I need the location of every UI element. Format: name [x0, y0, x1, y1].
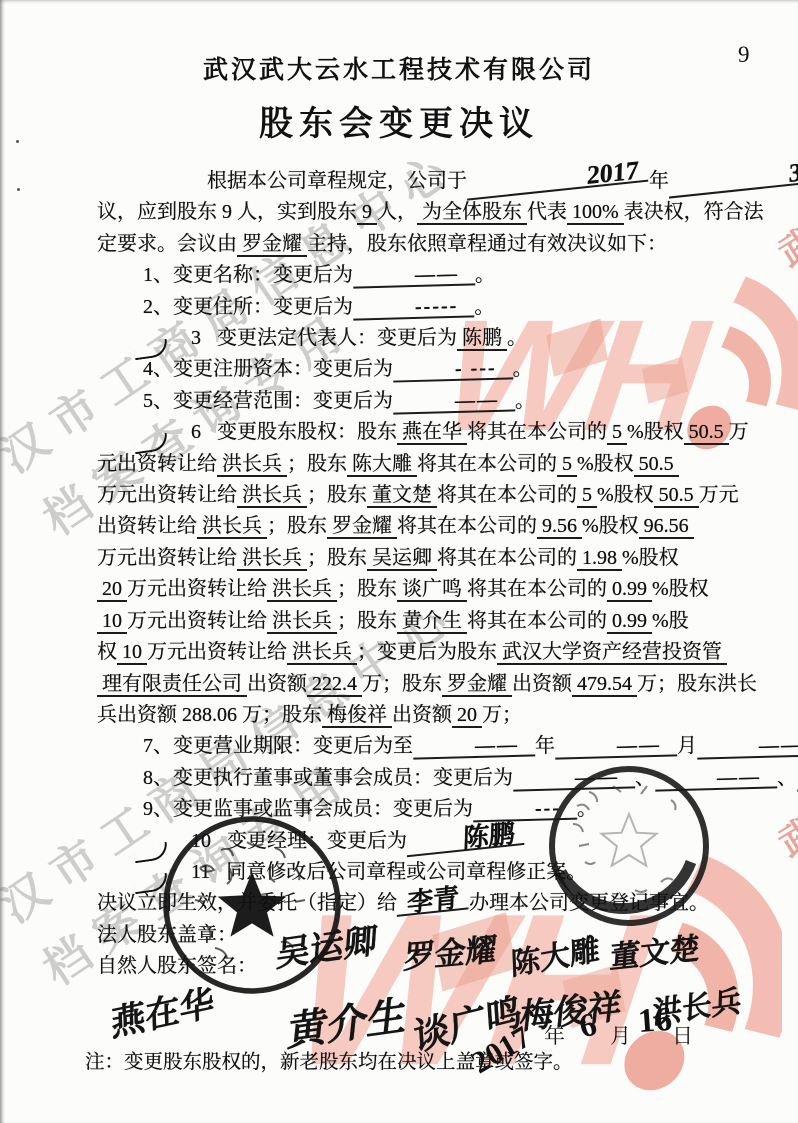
- underlined-segment: 5: [577, 484, 597, 508]
- underlined-segment: 谈广鸣: [397, 578, 467, 602]
- text-segment: 出资转让给: [97, 515, 197, 537]
- text-segment: 万元出资转让给: [127, 610, 267, 632]
- underlined-segment: 罗金耀: [442, 673, 512, 697]
- scanned-document-page: 汉市工商局信息中心 档案查询专用 汉市工商局信息中心 档案查询专用 WH 武 武: [0, 0, 798, 1123]
- text-segment: %股权: [577, 453, 634, 475]
- text-segment: 权: [97, 641, 117, 663]
- text-segment: 万元: [699, 484, 739, 506]
- text-segment: 万元出资转让给: [97, 484, 237, 506]
- handwritten-fill-segment: 陈鹏: [407, 822, 525, 857]
- handwritten-fill-segment: 李青: [397, 887, 469, 917]
- underlined-segment: 洪长兵: [197, 515, 267, 539]
- body-line: 根据本公司章程规定，公司于2017年3月21日召开第一次股东会: [97, 166, 725, 197]
- handwritten-month: 6: [576, 1007, 600, 1047]
- blank-dash-segment: - ---: [393, 358, 513, 383]
- underlined-segment: 理有限责任公司: [97, 673, 247, 697]
- underlined-segment: 5: [607, 421, 627, 445]
- underlined-segment: 洪长兵: [287, 641, 357, 665]
- text-segment: 。: [475, 264, 495, 286]
- text-segment: 万；股东: [362, 673, 442, 695]
- text-segment: 表决权，符合法: [624, 201, 764, 223]
- text-segment: ；股东: [287, 453, 347, 475]
- underlined-segment: 5: [557, 453, 577, 477]
- text-segment: %股权: [652, 578, 709, 600]
- underlined-segment: 燕在华: [397, 421, 467, 445]
- text-segment: ；变更后为股东: [357, 641, 497, 663]
- text-segment: 2、变更住所：变更后为: [143, 296, 353, 318]
- star-icon: [602, 814, 657, 866]
- body-line: 理有限责任公司出资额222.4万；股东罗金耀出资额479.54万；股东洪长: [97, 669, 725, 700]
- underlined-segment: 武汉大学资产经营投资管: [497, 641, 727, 665]
- body-line: 元出资转让给洪长兵；股东陈大雕将其在本公司的5%股权50.5: [97, 449, 725, 480]
- body-line: 7、变更营业期限：变更后为至——年——月——日。: [97, 731, 725, 762]
- body-line: 3变更法定代表人：变更后为陈鹏。: [97, 323, 725, 354]
- text-segment: 变更法定代表人：变更后为: [217, 327, 457, 349]
- handwritten-year: 2017: [465, 1019, 537, 1081]
- text-segment: %股权: [622, 547, 679, 569]
- text-segment: 代表: [527, 201, 567, 223]
- text-segment: ；股东: [337, 610, 397, 632]
- underlined-segment: 陈鹏: [457, 327, 507, 351]
- company-seal-right: [543, 762, 715, 934]
- body-line: 1、变更名称：变更后为——。: [97, 260, 725, 291]
- seal-ring: [552, 769, 706, 923]
- underlined-segment: 0.99: [607, 578, 652, 602]
- text-segment: 1、变更名称：变更后为: [143, 264, 353, 286]
- underlined-segment: 20: [452, 704, 482, 728]
- text-segment: 出资额: [247, 673, 307, 695]
- body-line: 4、变更注册资本：变更后为- ---。: [97, 354, 725, 385]
- text-segment: 将其在本公司的: [417, 453, 557, 475]
- checked-item-number: 6: [143, 417, 201, 448]
- text-segment: 万元出资转让给: [97, 547, 237, 569]
- body-line: 定要求。会议由罗金耀主持，股东依照章程通过有效决议如下：: [97, 229, 725, 260]
- seal-text-marks: [573, 786, 676, 892]
- underlined-segment: 洪长兵: [237, 484, 307, 508]
- body-line: 5、变更经营范围：变更后为——。: [97, 386, 725, 417]
- year-label: 年: [544, 1020, 565, 1050]
- body-line: 出资转让给洪长兵；股东罗金耀将其在本公司的9.56%股权96.56: [97, 511, 725, 542]
- text-segment: 定要求。会议由: [97, 233, 237, 255]
- company-seal-left: [155, 808, 350, 1003]
- text-segment: 年: [535, 735, 555, 757]
- body-line: 10万元出资转让给洪长兵；股东黄介生将其在本公司的0.99%股: [97, 606, 725, 637]
- underlined-segment: 0.99: [607, 610, 652, 634]
- underlined-segment: 50.5: [634, 453, 679, 477]
- text-segment: 月: [677, 735, 697, 757]
- underlined-segment: 洪长兵: [267, 610, 337, 634]
- scan-speck: [17, 188, 20, 191]
- underlined-segment: 10: [117, 641, 147, 665]
- underlined-segment: 罗金耀: [327, 515, 397, 539]
- blank-dash-segment: ——: [413, 735, 536, 760]
- handwritten-day: 16: [637, 1001, 674, 1041]
- date-block: 2017 年 6 月 16 日: [470, 1002, 730, 1112]
- text-segment: 年: [649, 170, 669, 192]
- underlined-segment: 96.56: [639, 515, 694, 539]
- underlined-segment: 479.54: [572, 673, 637, 697]
- text-segment: 元出资转让给: [97, 453, 217, 475]
- text-segment: 主持，股东依照章程通过有效决议如下：: [307, 233, 667, 255]
- text-segment: 4、变更注册资本：变更后为: [143, 358, 393, 380]
- text-segment: 5、变更经营范围：变更后为: [143, 390, 393, 412]
- underlined-segment: 黄介生: [397, 610, 467, 634]
- underlined-segment: 50.5: [654, 484, 699, 508]
- text-segment: 人，: [377, 201, 417, 223]
- underlined-segment: 222.4: [307, 673, 362, 697]
- text-segment: 将其在本公司的: [467, 610, 607, 632]
- underlined-segment: 9: [357, 201, 377, 225]
- text-segment: 。: [513, 358, 533, 380]
- blank-dash-segment: -----: [353, 295, 475, 320]
- body-line: 议，应到股东 9 人，实到股东9人，为全体股东代表100%表决权，符合法: [97, 197, 725, 228]
- text-segment: 、: [777, 767, 797, 789]
- underlined-segment: 10: [97, 610, 127, 634]
- text-segment: 将其在本公司的: [467, 421, 607, 443]
- underlined-segment: 1.98: [577, 547, 622, 571]
- text-segment: 出资额: [392, 704, 452, 726]
- day-label: 日: [672, 1020, 693, 1050]
- text-segment: %股权: [582, 515, 639, 537]
- body-line: 2、变更住所：变更后为-----。: [97, 292, 725, 323]
- body-line: 权10万元出资转让给洪长兵；变更后为股东武汉大学资产经营投资管: [97, 637, 725, 668]
- underlined-segment: 9.56: [537, 515, 582, 539]
- text-segment: 将其在本公司的: [467, 578, 607, 600]
- text-segment: 兵出资额 288.06 万；股东: [97, 704, 322, 726]
- blank-dash-segment: ——: [697, 735, 798, 760]
- text-segment: 万元出资转让给: [127, 578, 267, 600]
- underlined-segment: 陈大雕: [347, 453, 417, 477]
- text-segment: 将其在本公司的: [437, 547, 577, 569]
- text-segment: 议，应到股东 9 人，实到股东: [97, 201, 357, 223]
- underlined-segment: 洪长兵: [237, 547, 307, 571]
- text-segment: 变更股东股权：股东: [217, 421, 397, 443]
- underlined-segment: 为全体股东: [417, 201, 527, 225]
- underlined-segment: 洪长兵: [267, 578, 337, 602]
- body-line: 万元出资转让给洪长兵；股东董文楚将其在本公司的5%股权50.5万元: [97, 480, 725, 511]
- text-segment: 万: [729, 421, 749, 443]
- text-segment: %股权: [627, 421, 684, 443]
- text-segment: %股权: [597, 484, 654, 506]
- underlined-segment: 100%: [567, 201, 624, 225]
- underlined-segment: 50.5: [684, 421, 729, 445]
- text-segment: ；股东: [307, 547, 367, 569]
- star-icon: [218, 872, 287, 937]
- blank-dash-segment: ——: [353, 264, 476, 289]
- underlined-segment: 梅俊祥: [322, 704, 392, 728]
- text-segment: ；股东: [267, 515, 327, 537]
- blank-dash-segment: ——: [555, 735, 678, 760]
- month-label: 月: [610, 1020, 631, 1050]
- text-segment: ；股东: [337, 578, 397, 600]
- text-segment: 万；: [482, 704, 522, 726]
- text-segment: 将其在本公司的: [397, 515, 537, 537]
- text-segment: 将其在本公司的: [437, 484, 577, 506]
- text-segment: 。: [515, 390, 535, 412]
- body-line: 万元出资转让给洪长兵；股东吴运卿将其在本公司的1.98%股权: [97, 543, 725, 574]
- text-segment: 。: [474, 296, 494, 318]
- body-line: 6变更股东股权：股东燕在华将其在本公司的5%股权50.5万: [97, 417, 725, 448]
- text-segment: 根据本公司章程规定，公司于: [207, 170, 467, 192]
- underlined-segment: 董文楚: [367, 484, 437, 508]
- underlined-segment: 20: [97, 578, 127, 602]
- body-line: 20万元出资转让给洪长兵；股东谈广鸣将其在本公司的0.99%股权: [97, 574, 725, 605]
- underlined-segment: 洪长兵: [217, 453, 287, 477]
- text-segment: 万；股东洪长: [637, 673, 757, 695]
- underlined-segment: 吴运卿: [367, 547, 437, 571]
- blank-dash-segment: ——: [393, 389, 516, 414]
- underlined-segment: 罗金耀: [237, 233, 307, 257]
- text-segment: 万元出资转让给: [147, 641, 287, 663]
- text-segment: 8、变更执行董事或董事会成员：变更后为: [143, 767, 513, 789]
- text-segment: ；股东: [307, 484, 367, 506]
- body-line: 兵出资额 288.06 万；股东梅俊祥出资额20万；: [97, 700, 725, 731]
- text-segment: %股: [652, 610, 689, 632]
- text-segment: 出资额: [512, 673, 572, 695]
- handwritten-fill-segment: 3: [669, 161, 798, 198]
- checked-item-number: 3: [143, 323, 201, 354]
- document-title: 股东会变更决议: [0, 96, 798, 145]
- handwritten-fill-segment: 2017: [467, 159, 649, 200]
- seal-thick-arc: [561, 862, 691, 909]
- text-segment: 。: [507, 327, 527, 349]
- company-title: 武汉武大云水工程技术有限公司: [0, 50, 798, 86]
- text-segment: 7、变更营业期限：变更后为至: [143, 735, 413, 757]
